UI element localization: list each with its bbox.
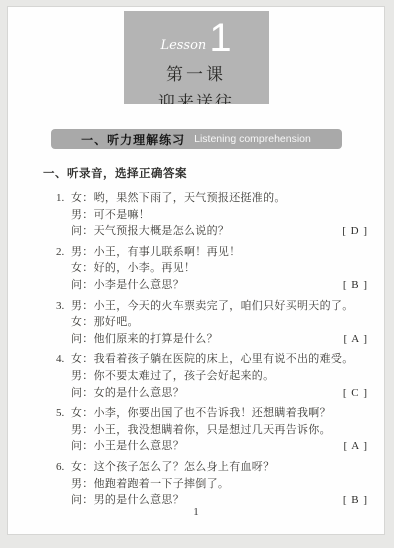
lesson-label: Lesson bbox=[160, 38, 206, 53]
question-block: 4.女：我看着孩子躺在医院的床上，心里有说不出的难受。男：你不要太难过了，孩子会… bbox=[56, 351, 374, 401]
answer-bracket: [ A ] bbox=[335, 438, 374, 455]
viewer-background: Lesson 1 第一课 迎来送往 一、听力理解练习 Listening com… bbox=[0, 0, 394, 548]
question-prompt-line: 问：女的是什么意思？[ C ] bbox=[56, 385, 374, 402]
dialogue-text: 男：小王，有事儿联系啊！再见！ bbox=[71, 244, 241, 261]
dialogue-text: 男：小王，今天的火车票卖完了，咱们只好买明天的了。 bbox=[71, 298, 354, 315]
question-prompt-line: 问：他们原来的打算是什么？[ A ] bbox=[56, 331, 374, 348]
question-prompt-line: 问：小王是什么意思？[ A ] bbox=[56, 438, 374, 455]
page-number: 1 bbox=[8, 506, 384, 518]
dialogue-line: 1.女：哟，果然下雨了，天气预报还挺准的。 bbox=[56, 190, 374, 207]
dialogue-text: 女：这个孩子怎么了？怎么身上有血呀？ bbox=[71, 459, 274, 476]
answer-bracket: [ D ] bbox=[334, 223, 374, 240]
lesson-title-cn: 第一课 bbox=[124, 60, 269, 85]
question-prompt-text: 问：天气预报大概是怎么说的？ bbox=[71, 223, 229, 240]
question-number: 3. bbox=[56, 298, 71, 315]
dialogue-text: 女：好的，小李。再见！ bbox=[71, 260, 195, 277]
dialogue-text: 女：我看着孩子躺在医院的床上，心里有说不出的难受。 bbox=[71, 351, 354, 368]
exercise-instruction: 一、听录音，选择正确答案 bbox=[43, 165, 384, 181]
question-prompt-line: 问：天气预报大概是怎么说的？[ D ] bbox=[56, 223, 374, 240]
question-block: 6.女：这个孩子怎么了？怎么身上有血呀？男：他跑着跑着一下子摔倒了。问：男的是什… bbox=[56, 459, 374, 509]
question-block: 5.女：小李，你要出国了也不告诉我！还想瞒着我啊？男：小王，我没想瞒着你，只是想… bbox=[56, 405, 374, 455]
dialogue-line: 男：可不是嘛！ bbox=[56, 207, 374, 224]
dialogue-line: 6.女：这个孩子怎么了？怎么身上有血呀？ bbox=[56, 459, 374, 476]
dialogue-line: 3.男：小王，今天的火车票卖完了，咱们只好买明天的了。 bbox=[56, 298, 374, 315]
answer-bracket: [ B ] bbox=[335, 277, 374, 294]
lesson-subtitle-cn: 迎来送往 bbox=[124, 88, 269, 104]
dialogue-text: 女：小李，你要出国了也不告诉我！还想瞒着我啊？ bbox=[71, 405, 331, 422]
dialogue-text: 男：他跑着跑着一下子摔倒了。 bbox=[71, 476, 229, 493]
lesson-header-box: Lesson 1 第一课 迎来送往 bbox=[124, 11, 269, 104]
question-number: 4. bbox=[56, 351, 71, 368]
answer-bracket: [ C ] bbox=[335, 385, 374, 402]
question-block: 1.女：哟，果然下雨了，天气预报还挺准的。男：可不是嘛！问：天气预报大概是怎么说… bbox=[56, 190, 374, 240]
question-block: 2.男：小王，有事儿联系啊！再见！女：好的，小李。再见！问：小李是什么意思？[ … bbox=[56, 244, 374, 294]
question-number: 2. bbox=[56, 244, 71, 261]
question-list: 1.女：哟，果然下雨了，天气预报还挺准的。男：可不是嘛！问：天气预报大概是怎么说… bbox=[56, 190, 374, 509]
dialogue-text: 女：哟，果然下雨了，天气预报还挺准的。 bbox=[71, 190, 286, 207]
dialogue-text: 女：那好吧。 bbox=[71, 314, 139, 331]
lesson-number-row: Lesson 1 bbox=[124, 21, 269, 55]
dialogue-line: 女：好的，小李。再见！ bbox=[56, 260, 374, 277]
question-prompt-line: 问：小李是什么意思？[ B ] bbox=[56, 277, 374, 294]
question-prompt-text: 问：小王是什么意思？ bbox=[71, 438, 184, 455]
textbook-page: Lesson 1 第一课 迎来送往 一、听力理解练习 Listening com… bbox=[7, 6, 385, 535]
question-number: 5. bbox=[56, 405, 71, 422]
dialogue-line: 4.女：我看着孩子躺在医院的床上，心里有说不出的难受。 bbox=[56, 351, 374, 368]
dialogue-line: 2.男：小王，有事儿联系啊！再见！ bbox=[56, 244, 374, 261]
question-prompt-text: 问：小李是什么意思？ bbox=[71, 277, 184, 294]
dialogue-text: 男：可不是嘛！ bbox=[71, 207, 150, 224]
lesson-number: 1 bbox=[209, 21, 231, 55]
dialogue-line: 5.女：小李，你要出国了也不告诉我！还想瞒着我啊？ bbox=[56, 405, 374, 422]
question-prompt-text: 问：女的是什么意思？ bbox=[71, 385, 184, 402]
dialogue-line: 女：那好吧。 bbox=[56, 314, 374, 331]
section-title-en: Listening comprehension bbox=[194, 133, 311, 145]
dialogue-text: 男：小王，我没想瞒着你，只是想过几天再告诉你。 bbox=[71, 422, 331, 439]
dialogue-line: 男：他跑着跑着一下子摔倒了。 bbox=[56, 476, 374, 493]
question-block: 3.男：小王，今天的火车票卖完了，咱们只好买明天的了。女：那好吧。问：他们原来的… bbox=[56, 298, 374, 348]
dialogue-line: 男：你不要太难过了，孩子会好起来的。 bbox=[56, 368, 374, 385]
section-header-bar: 一、听力理解练习 Listening comprehension bbox=[51, 129, 342, 149]
question-number: 1. bbox=[56, 190, 71, 207]
dialogue-text: 男：你不要太难过了，孩子会好起来的。 bbox=[71, 368, 274, 385]
question-number: 6. bbox=[56, 459, 71, 476]
dialogue-line: 男：小王，我没想瞒着你，只是想过几天再告诉你。 bbox=[56, 422, 374, 439]
answer-bracket: [ A ] bbox=[335, 331, 374, 348]
question-prompt-text: 问：他们原来的打算是什么？ bbox=[71, 331, 218, 348]
section-title-cn: 一、听力理解练习 bbox=[81, 131, 185, 148]
